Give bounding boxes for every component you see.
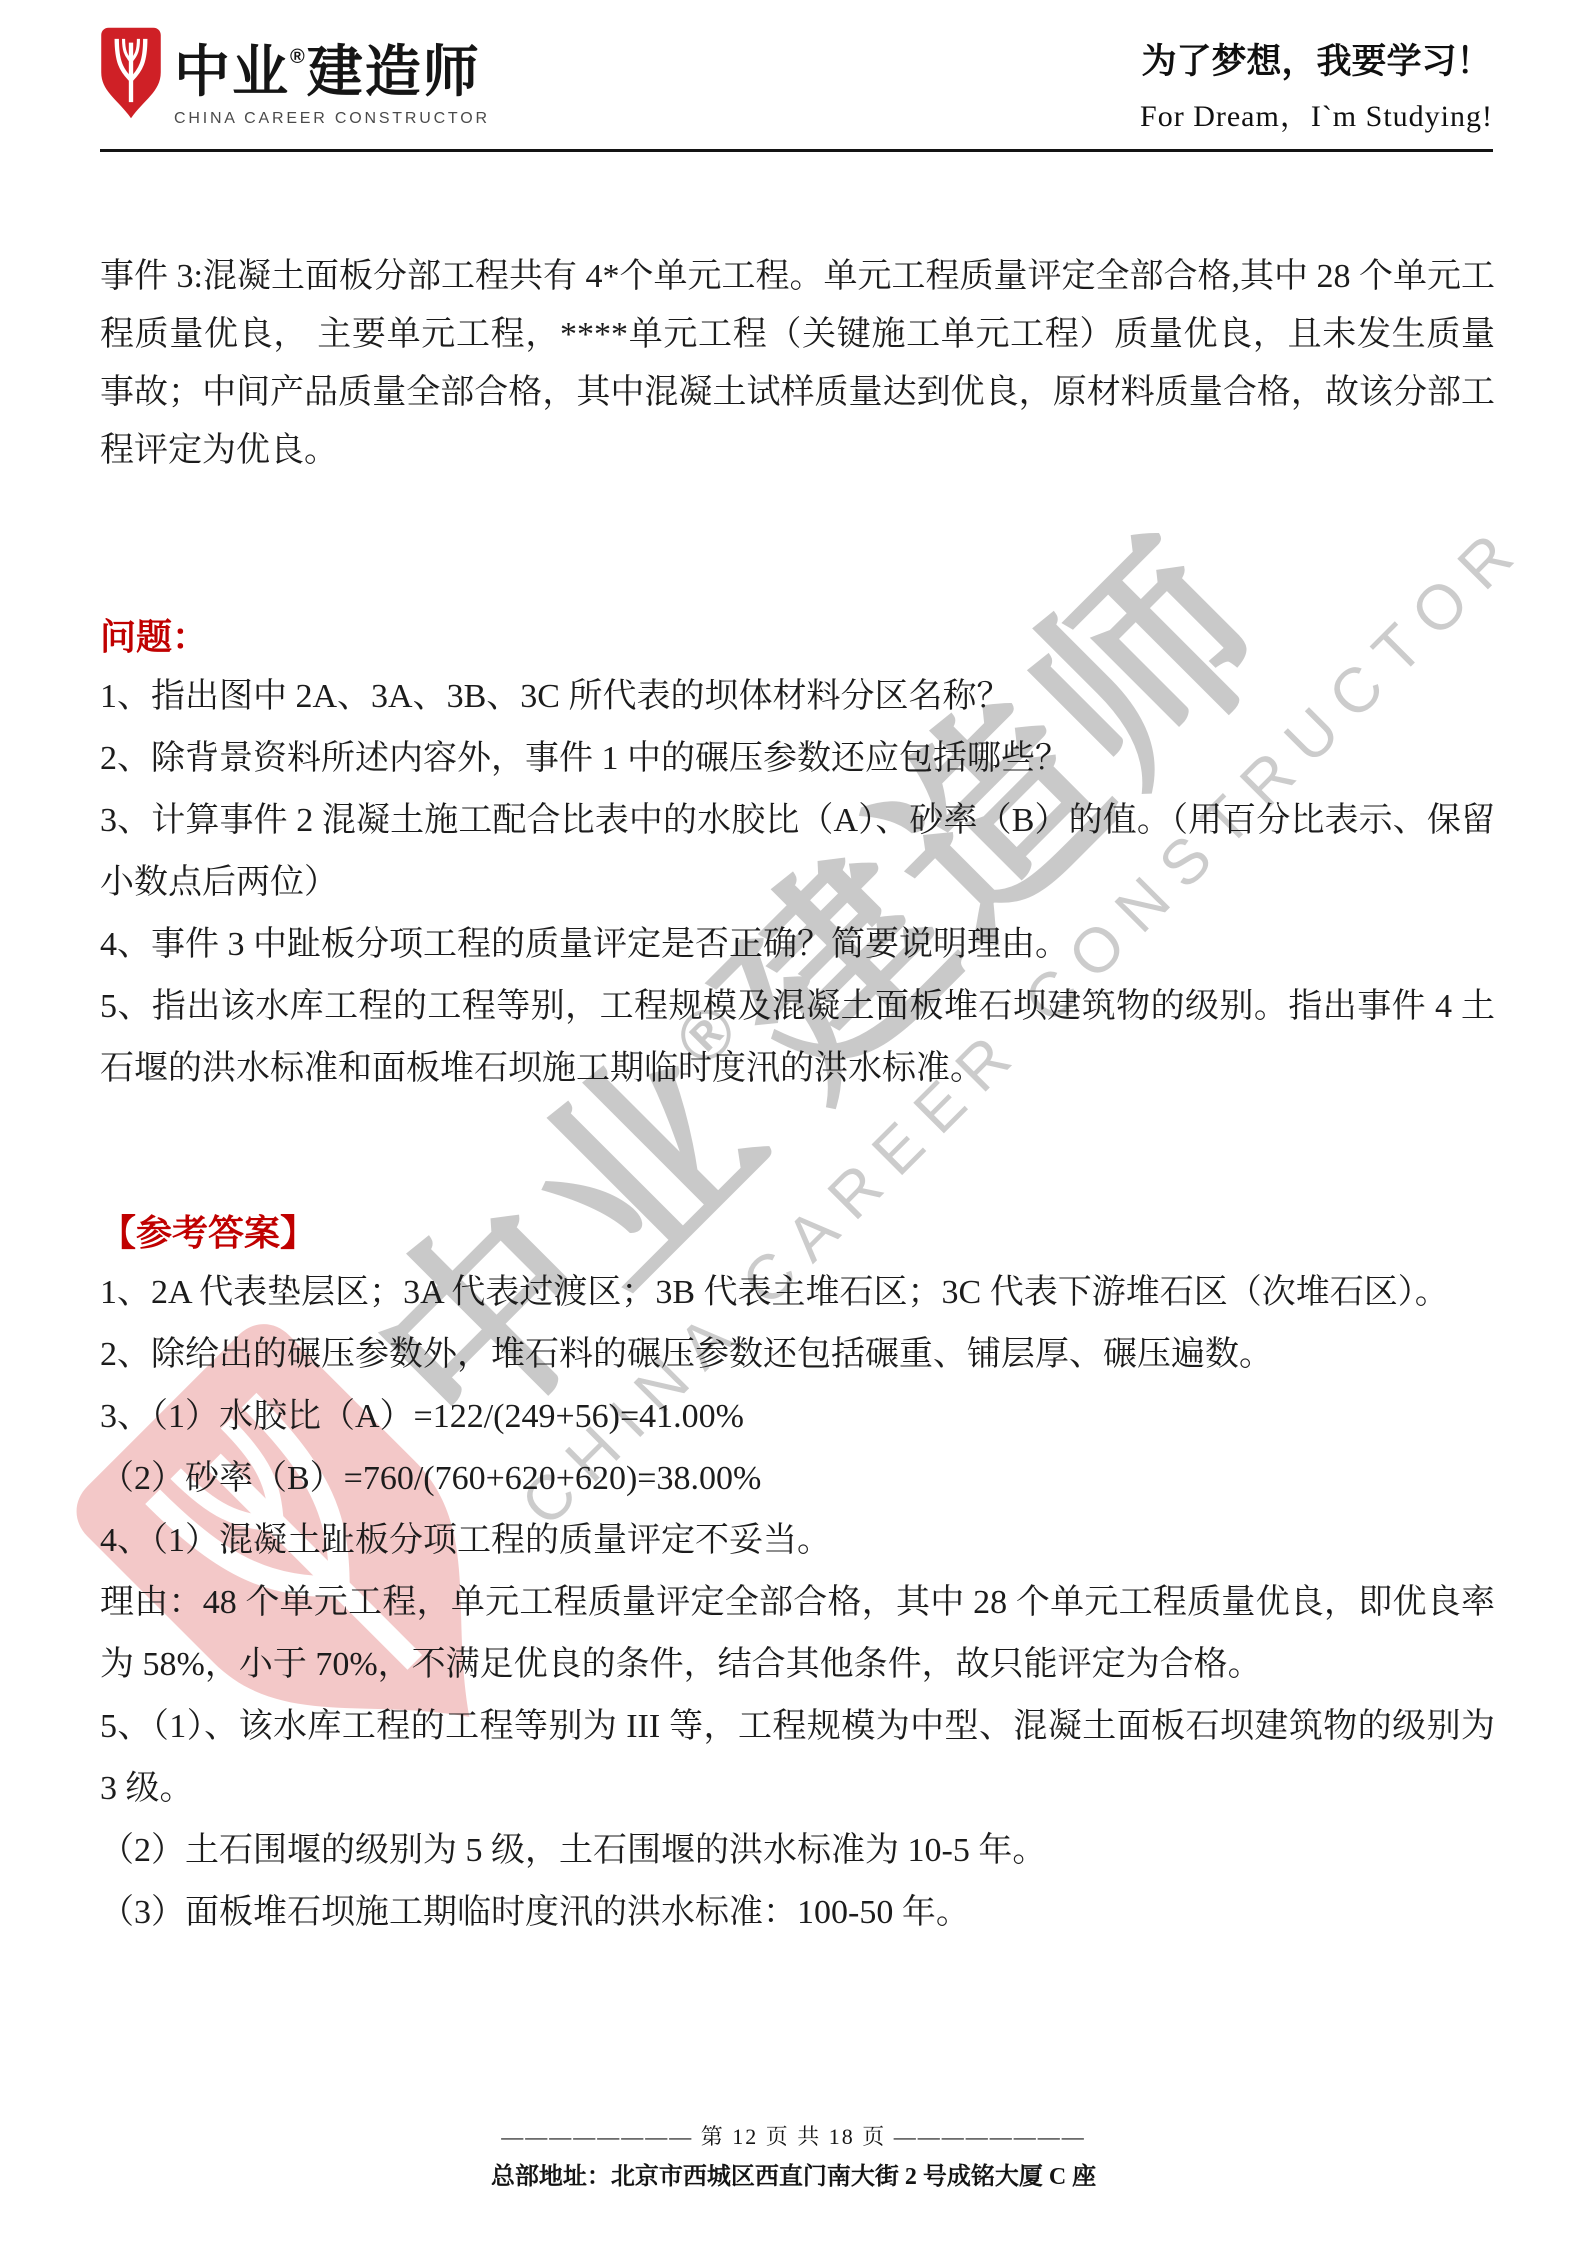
header-slogan: 为了梦想，我要学习！ For Dream，I`m Studying! [1140,34,1493,135]
answer-line-8: （2）土石围堰的级别为 5 级，土石围堰的洪水标准为 10-5 年。 [100,1820,1495,1882]
company-address: 总部地址：北京市西城区西直门南大街 2 号成铭大厦 C 座 [0,2156,1587,2191]
answer-line-1: 1、2A 代表垫层区；3A 代表过渡区；3B 代表主堆石区；3C 代表下游堆石区… [100,1262,1495,1324]
answer-line-7: 5、（1）、该水库工程的工程等别为 III 等，工程规模为中型、混凝土面板石坝建… [100,1696,1495,1820]
brand-shield-icon [100,26,162,120]
company-logo: 中业®建造师 CHINA CAREER CONSTRUCTOR [100,26,490,128]
logo-brand-name: 中业®建造师 [174,26,490,103]
question-item-4: 4、事件 3 中趾板分项工程的质量评定是否正确？简要说明理由。 [100,914,1495,976]
intro-paragraph: 事件 3:混凝土面板分部工程共有 4*个单元工程。单元工程质量评定全部合格,其中… [100,248,1495,480]
answer-line-4: （2）砂率（B）=760/(760+620+620)=38.00% [100,1448,1495,1510]
answers-list: 1、2A 代表垫层区；3A 代表过渡区；3B 代表主堆石区；3C 代表下游堆石区… [100,1262,1495,1944]
questions-heading: 问题： [100,608,1495,666]
slogan-chinese: 为了梦想，我要学习！ [1140,34,1493,84]
page-footer: ———————— 第 12 页 共 18 页 ———————— 总部地址：北京市… [0,2120,1587,2191]
question-item-2: 2、除背景资料所述内容外，事件 1 中的碾压参数还应包括哪些？ [100,728,1495,790]
page-number: ———————— 第 12 页 共 18 页 ———————— [0,2120,1587,2151]
document-page: 中业®建造师 CHINA CAREER CONSTRUCTOR 中业®建造师 C… [0,0,1587,2245]
answer-line-2: 2、除给出的碾压参数外，堆石料的碾压参数还包括碾重、铺层厚、碾压遍数。 [100,1324,1495,1386]
question-item-1: 1、指出图中 2A、3A、3B、3C 所代表的坝体材料分区名称？ [100,666,1495,728]
logo-text: 中业®建造师 CHINA CAREER CONSTRUCTOR [174,26,490,128]
questions-list: 1、指出图中 2A、3A、3B、3C 所代表的坝体材料分区名称？ 2、除背景资料… [100,666,1495,1100]
question-item-5: 5、指出该水库工程的工程等别，工程规模及混凝土面板堆石坝建筑物的级别。指出事件 … [100,976,1495,1100]
slogan-english: For Dream，I`m Studying! [1140,91,1493,135]
answer-line-9: （3）面板堆石坝施工期临时度汛的洪水标准：100-50 年。 [100,1882,1495,1944]
answers-heading: 【参考答案】 [100,1204,1495,1262]
answer-line-6: 理由：48 个单元工程，单元工程质量评定全部合格，其中 28 个单元工程质量优良… [100,1572,1495,1696]
answer-line-3: 3、（1）水胶比（A）=122/(249+56)=41.00% [100,1386,1495,1448]
logo-brand-name-en: CHINA CAREER CONSTRUCTOR [174,110,490,128]
answer-line-5: 4、（1）混凝土趾板分项工程的质量评定不妥当。 [100,1510,1495,1572]
document-content: 事件 3:混凝土面板分部工程共有 4*个单元工程。单元工程质量评定全部合格,其中… [100,248,1495,1944]
question-item-3: 3、计算事件 2 混凝土施工配合比表中的水胶比（A）、砂率（B）的值。（用百分比… [100,790,1495,914]
page-header: 中业®建造师 CHINA CAREER CONSTRUCTOR 为了梦想，我要学… [100,0,1493,152]
